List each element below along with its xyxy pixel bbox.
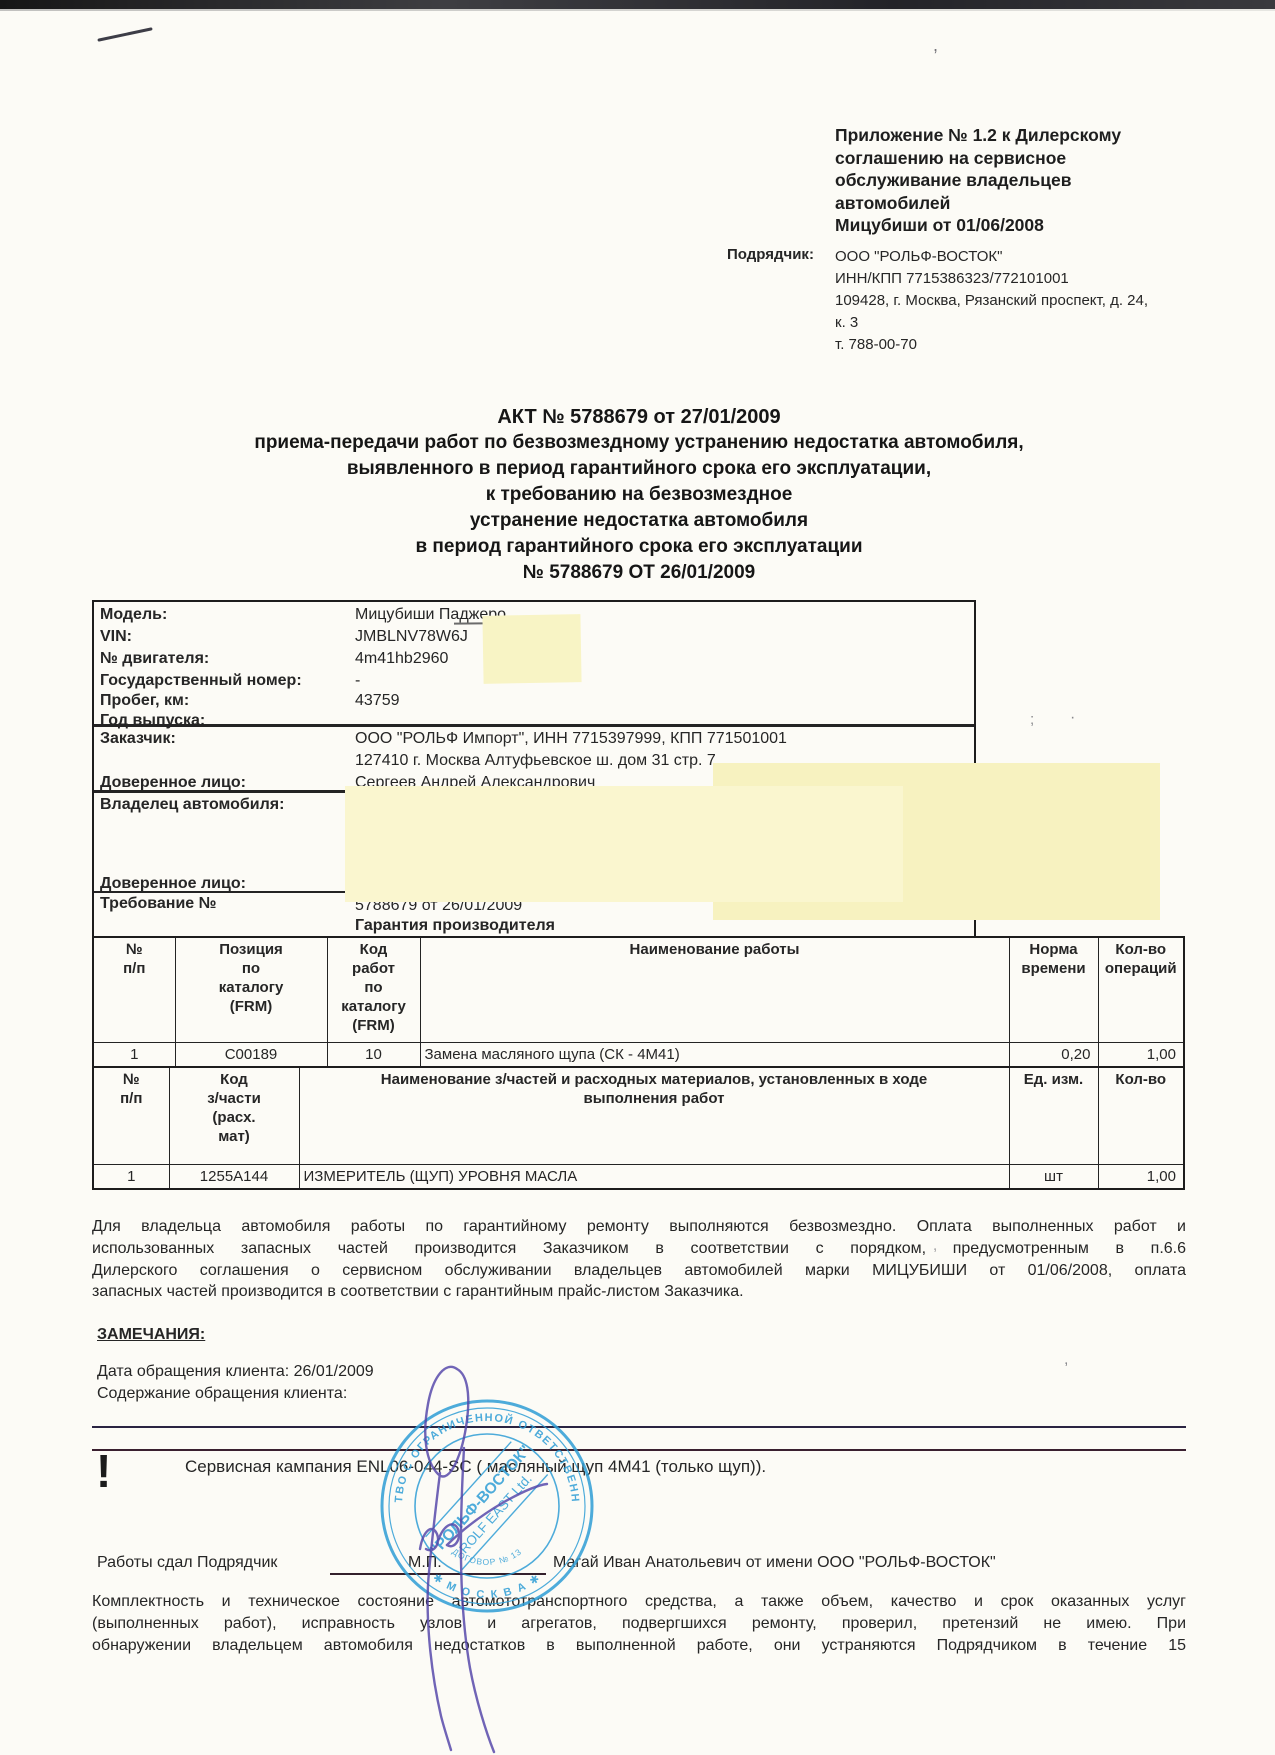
works-col-header: Наименование работы bbox=[420, 937, 1009, 1042]
title-line: к требованию на безвозмездное bbox=[92, 482, 1186, 508]
customer-line2: 127410 г. Москва Алтуфьевское ш. дом 31 … bbox=[355, 752, 716, 770]
contractor-line: 109428, г. Москва, Рязанский проспект, д… bbox=[835, 290, 1175, 312]
scan-noise-mark: , bbox=[1064, 1352, 1068, 1368]
client-content-line: Содержание обращения клиента: bbox=[97, 1385, 347, 1403]
engine-value: 4m41hb2960 bbox=[355, 650, 448, 668]
title-line: АКТ № 5788679 от 27/01/2009 bbox=[92, 404, 1186, 430]
parts-cell-num: 1 bbox=[93, 1164, 169, 1189]
handover-right-text: Магай Иван Анатольевич от имени ООО "РОЛ… bbox=[553, 1554, 996, 1572]
vin-label: VIN: bbox=[100, 628, 132, 646]
works-cell-name: Замена масляного щупа (СК - 4М41) bbox=[420, 1042, 1009, 1067]
scan-noise-mark: ; bbox=[1030, 712, 1034, 727]
paragraph-line: Для владельца автомобиля работы по гаран… bbox=[92, 1216, 1186, 1238]
client-date-line: Дата обращения клиента: 26/01/2009 bbox=[97, 1363, 374, 1381]
paragraph-line: Дилерского соглашения о сервисном обслуж… bbox=[92, 1260, 1186, 1282]
model-label: Модель: bbox=[100, 606, 167, 624]
contractor-label: Подрядчик: bbox=[727, 246, 814, 263]
appendix-line: соглашению на сервисное bbox=[835, 147, 1175, 170]
svg-text:✱ М О С К В А ✱: ✱ М О С К В А ✱ bbox=[430, 1572, 543, 1602]
attorney2-underline bbox=[94, 891, 370, 893]
vin-value: JMBLNV78W6J bbox=[355, 628, 468, 646]
contractor-line: ИНН/КПП 7715386323/772101001 bbox=[835, 268, 1175, 290]
blank-rule-line bbox=[92, 1426, 1186, 1428]
paragraph-line: Комплектность и техническое состояние ав… bbox=[92, 1591, 1186, 1613]
parts-col-header: № п/п bbox=[93, 1067, 169, 1164]
exclamation-mark: ! bbox=[96, 1446, 111, 1496]
contractor-line: т. 788-00-70 bbox=[835, 334, 1175, 356]
scan-top-band-highlight bbox=[0, 9, 1275, 11]
parts-table: № п/п Код з/части (расх. мат) Наименован… bbox=[92, 1066, 1185, 1190]
works-col-header: Код работ по каталогу (FRM) bbox=[327, 937, 420, 1042]
parts-row: 1 1255A144 ИЗМЕРИТЕЛЬ (ЩУП) УРОВНЯ МАСЛА… bbox=[93, 1164, 1184, 1189]
parts-col-header: Ед. изм. bbox=[1009, 1067, 1098, 1164]
appendix-line: Приложение № 1.2 к Дилерскому bbox=[835, 124, 1175, 147]
parts-cell-qty: 1,00 bbox=[1098, 1164, 1184, 1189]
contractor-details-block: ООО "РОЛЬФ-ВОСТОК" ИНН/КПП 7715386323/77… bbox=[835, 246, 1175, 356]
stamp-ring-bottom-text: ✱ М О С К В А ✱ bbox=[430, 1572, 543, 1602]
works-row: 1 C00189 10 Замена масляного щупа (СК - … bbox=[93, 1042, 1184, 1067]
scan-noise-mark: , bbox=[933, 36, 938, 54]
scan-top-band bbox=[0, 0, 1275, 9]
parts-col-header: Код з/части (расх. мат) bbox=[169, 1067, 299, 1164]
works-table: № п/п Позиция по каталогу (FRM) Код рабо… bbox=[92, 936, 1185, 1068]
works-cell-frm: C00189 bbox=[175, 1042, 327, 1067]
works-cell-time: 0,20 bbox=[1009, 1042, 1098, 1067]
handover-left-text: Работы сдал Подрядчик bbox=[97, 1554, 277, 1572]
paragraph-line: запасных частей производится в соответст… bbox=[92, 1281, 1186, 1303]
works-cell-ops: 1,00 bbox=[1098, 1042, 1184, 1067]
stamp-outer-ring bbox=[382, 1401, 592, 1611]
title-line: приема-передачи работ по безвозмездному … bbox=[92, 430, 1186, 456]
paragraph-line: (выполненных работ), исправность узлов и… bbox=[92, 1613, 1186, 1635]
appendix-line: автомобилей bbox=[835, 192, 1175, 215]
section-divider bbox=[94, 724, 974, 727]
warranty-paragraph: Для владельца автомобиля работы по гаран… bbox=[92, 1216, 1186, 1303]
contractor-line: к. 3 bbox=[835, 312, 1175, 334]
mileage-value: 43759 bbox=[355, 692, 400, 710]
title-line: № 5788679 ОТ 26/01/2009 bbox=[92, 560, 1186, 586]
works-cell-code: 10 bbox=[327, 1042, 420, 1067]
scan-noise-mark: , bbox=[933, 1238, 937, 1253]
contractor-line: ООО "РОЛЬФ-ВОСТОК" bbox=[835, 246, 1175, 268]
title-line: устранение недостатка автомобиля bbox=[92, 508, 1186, 534]
appendix-reference-block: Приложение № 1.2 к Дилерскому соглашению… bbox=[835, 124, 1175, 237]
parts-col-header: Кол-во bbox=[1098, 1067, 1184, 1164]
stamp-middle-ring bbox=[389, 1408, 585, 1604]
plate-value: - bbox=[355, 672, 360, 690]
claim-value2: Гарантия производителя bbox=[355, 917, 555, 935]
pen-scratch-mark bbox=[97, 27, 152, 42]
works-col-header: Позиция по каталогу (FRM) bbox=[175, 937, 327, 1042]
appendix-line: Мицубиши от 01/06/2008 bbox=[835, 214, 1175, 237]
works-col-header: Норма времени bbox=[1009, 937, 1098, 1042]
works-col-header: Кол-во операций bbox=[1098, 937, 1184, 1042]
plate-label: Государственный номер: bbox=[100, 672, 302, 690]
mileage-label: Пробег, км: bbox=[100, 692, 189, 710]
paragraph-line: использованных запасных частей производи… bbox=[92, 1238, 1186, 1260]
remarks-heading: ЗАМЕЧАНИЯ: bbox=[97, 1326, 205, 1344]
scan-noise-mark: · bbox=[1070, 710, 1075, 726]
parts-cell-code: 1255A144 bbox=[169, 1164, 299, 1189]
title-line: выявленного в период гарантийного срока … bbox=[92, 456, 1186, 482]
parts-cell-unit: шт bbox=[1009, 1164, 1098, 1189]
parts-cell-name: ИЗМЕРИТЕЛЬ (ЩУП) УРОВНЯ МАСЛА bbox=[299, 1164, 1009, 1189]
works-cell-num: 1 bbox=[93, 1042, 175, 1067]
customer-label: Заказчик: bbox=[100, 730, 176, 748]
customer-line1: ООО "РОЛЬФ Импорт", ИНН 7715397999, КПП … bbox=[355, 730, 787, 748]
blank-rule-line bbox=[92, 1449, 1186, 1451]
paragraph-line: обнаружении владельцем автомобиля недост… bbox=[92, 1635, 1186, 1657]
scanned-document-page: { "header": { "appendix_lines": [ "Прило… bbox=[0, 0, 1275, 1755]
redaction-block-vin bbox=[482, 614, 581, 684]
parts-col-header: Наименование з/частей и расходных матери… bbox=[299, 1067, 1009, 1164]
redaction-block-owner bbox=[345, 786, 903, 902]
appendix-line: обслуживание владельцев bbox=[835, 169, 1175, 192]
document-title: АКТ № 5788679 от 27/01/2009 приема-перед… bbox=[92, 404, 1186, 586]
title-line: в период гарантийного срока его эксплуат… bbox=[92, 534, 1186, 560]
claim-label: Требование № bbox=[100, 895, 216, 913]
engine-label: № двигателя: bbox=[100, 650, 209, 668]
company-stamp: ОБЩЕСТВО С ОГРАНИЧЕННОЙ ОТВЕТСТВЕННОСТЬЮ… bbox=[365, 1384, 609, 1628]
owner-label: Владелец автомобиля: bbox=[100, 796, 284, 814]
acceptance-paragraph: Комплектность и техническое состояние ав… bbox=[92, 1591, 1186, 1656]
works-col-header: № п/п bbox=[93, 937, 175, 1042]
year-label: Год выпуска: bbox=[100, 712, 205, 730]
